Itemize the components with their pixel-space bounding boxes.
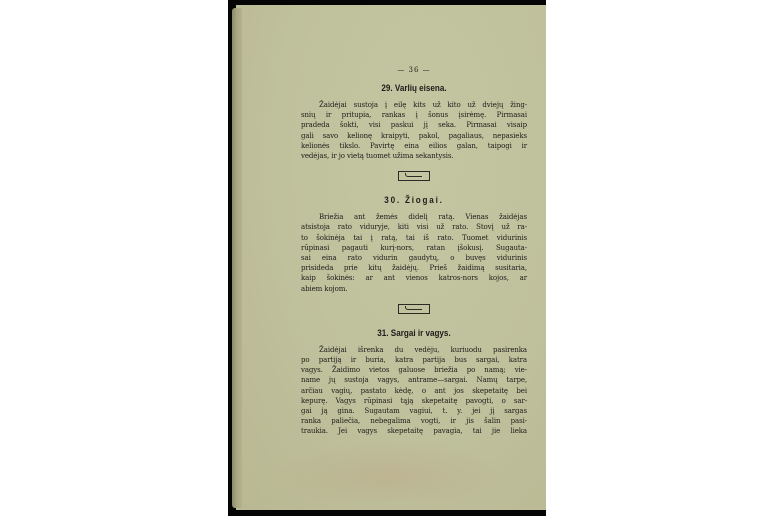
text-line: Žaidėjai išrenka du vedėju, kuriuodu pas…: [301, 345, 527, 355]
text-line: to šokinėja tai į ratą, tai iš rato. Tuo…: [301, 233, 527, 243]
page-edge-binding: [232, 8, 242, 508]
text-line: kepurę. Vagys rūpinasi tąją skepetaitę p…: [301, 396, 527, 406]
text-line: po partiją ir buria, katra partija bus s…: [301, 355, 527, 365]
text-column: — 36 — 29. Varlių eisena. Žaidėjai susto…: [301, 66, 527, 437]
ornament-divider-icon: [398, 304, 430, 314]
text-line: vagys. Žaidimo vietos galuose briežia po…: [301, 365, 527, 375]
text-line: kaip šokinės: ar ant vienos katros-nors …: [301, 273, 527, 283]
text-line: abiem kojom.: [301, 284, 527, 294]
text-line: rūpinasi pagauti kurį-nors, ratan įšokus…: [301, 243, 527, 253]
section-body-29: Žaidėjai sustoja į eilę kits už kito už …: [301, 100, 527, 161]
page-number: — 36 —: [301, 66, 527, 74]
text-line: arčiau vagių, pastato kėdę, o ant jos sk…: [301, 386, 527, 396]
text-line: pradeda šokti, visi paskui jį seka. Pirm…: [301, 120, 527, 130]
text-line: gai ją gina. Sugautam vagiui, t. y. jei …: [301, 406, 527, 416]
section-body-30: Briežia ant žemės didelį ratą. Vienas ža…: [301, 212, 527, 294]
text-line: ranka paliečia, nebegalima vogti, ir jis…: [301, 416, 527, 426]
section-heading-29: 29. Varlių eisena.: [312, 83, 515, 93]
text-line: vedėjas, ir jo vietą tuomet užima sekant…: [301, 151, 527, 161]
section-body-31: Žaidėjai išrenka du vedėju, kuriuodu pas…: [301, 345, 527, 437]
text-line: prisideda prie kitų žaidėjų. Prieš žaidi…: [301, 263, 527, 273]
text-line: traukia. Jei vagys skepetaitę pavagia, t…: [301, 426, 527, 436]
text-line: kelionės tikslo. Pavirtę eina eilios gal…: [301, 141, 527, 151]
text-line: snių ir pritupia, rankas į šonus įsirėmę…: [301, 110, 527, 120]
text-line: name jų sustoja vagys, antrame—sargai. N…: [301, 375, 527, 385]
text-line: gali savo kelionę kraipyti, pakol, pagal…: [301, 131, 527, 141]
text-line: Žaidėjai sustoja į eilę kits už kito už …: [301, 100, 527, 110]
section-heading-30: 30. Žiogai.: [312, 195, 515, 205]
text-line: atsistoja rato viduryje, kiti visi už ra…: [301, 222, 527, 232]
section-heading-31: 31. Sargai ir vagys.: [312, 328, 515, 338]
text-line: Briežia ant žemės didelį ratą. Vienas ža…: [301, 212, 527, 222]
text-line: sai eina rato vidurin gaudytų, o buvęs v…: [301, 253, 527, 263]
ornament-divider-icon: [398, 171, 430, 181]
water-stain: [270, 440, 510, 500]
